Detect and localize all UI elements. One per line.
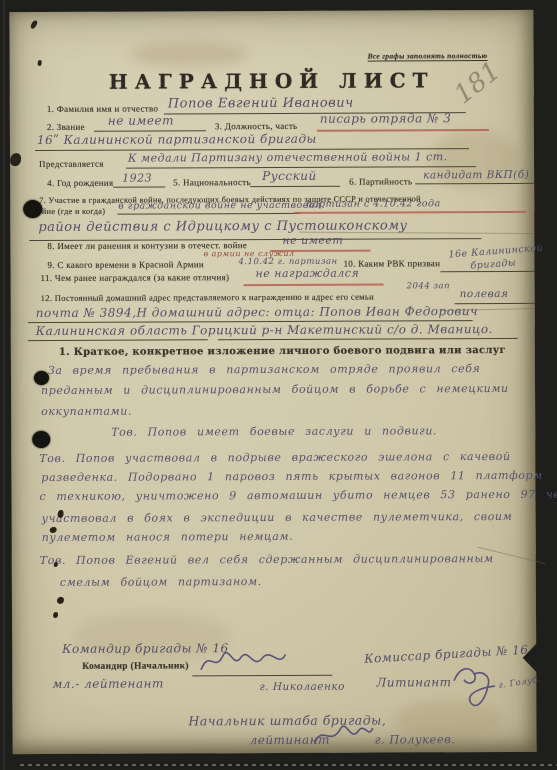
commissar-handwritten-title: Комиссар бригады № 16 [364,643,529,666]
merit-line: разведенка. Подорвано 1 паровоз пять кры… [41,469,543,484]
field-5-label: 5. Национальность [173,177,251,187]
commissar-name: г. Голуб. [498,675,542,691]
field-12-note: 2044 зап [407,281,451,291]
underline [250,186,340,187]
field-1-label: 1. Фамилия имя и отчество [47,103,159,113]
award-sheet-paper: Все графы заполнять полностью НАГРАДНОЙ … [9,10,536,754]
field-12-value-line1: полевая [460,288,509,300]
underline [28,339,208,341]
tear-spot [53,612,58,618]
field-7-value1: в гражданской войне не участвовал. [118,200,325,212]
field-6-value: кандидат ВКП(б) [423,169,529,181]
merit-line: оккупантами. [41,405,132,418]
field-11-value: не награждался [255,267,359,280]
ink-blot [10,153,21,166]
field-9-label: 9. С какого времени в Красной Армии [47,259,204,270]
document-scan: Все графы заполнять полностью НАГРАДНОЙ … [0,0,557,770]
paper-mark [30,19,38,29]
field-3-label: 3. Должность, часть [215,121,298,131]
underline [441,271,535,272]
field-9-value: 4.10.42 г. партизан [238,257,337,267]
commander-rank: мл.- лейтенант [52,676,164,690]
merit-line: Тов. Попов участвовал в подрыве вражеско… [39,450,510,465]
commissar-signature-scrawl [450,662,498,714]
field-3-value: писарь отряда № 3 [320,111,452,126]
merit-line: преданным и дисциплинированным бойцом в … [41,382,509,397]
punch-hole [34,371,49,385]
field-3-value-line2: 16ʺ Калининской партизанской бригады [37,132,317,147]
fill-all-fields-note: Все графы заполнять полностью [368,51,488,62]
merit-line: За время пребывания в партизанском отряд… [48,362,481,377]
merit-line: смелым бойцом партизаном. [60,575,262,589]
field-7-label-line2: войне (где и когда) [33,207,105,216]
underline [113,186,165,187]
field-4-label: 4. Год рождения [47,178,113,188]
page-number-pencil: 181 [449,56,507,110]
field-12-value-line2: почта № 3894,Н домашний адрес: отца: Поп… [36,304,478,320]
field-7-value3: район действия с Идрицкому с Пустошконск… [38,218,407,235]
field-11-label: 11. Чем ранее награждался (за какие отли… [41,272,230,283]
field-2-value: не имеет [108,113,174,127]
field-12-value-line3: Калининская область Горицкий р-н Макетин… [36,322,493,338]
scan-edge-line [3,0,5,770]
field-12-label: 12. Постоянный домашний адрес представля… [41,292,374,303]
chief-signature-scrawl [312,719,374,751]
commissar-rank: Литинант [376,675,451,689]
field-8-value: не имеет [282,234,343,247]
commander-name: г. Николаенко [259,681,345,693]
field-6-label: 6. Партийность [349,176,412,186]
section-1-heading: 1. Краткое, конкретное изложение личного… [59,345,506,358]
field-10-value-line2: бригады [470,257,516,271]
commander-signature-scrawl [197,643,287,677]
field-2-label: 2. Звание [47,122,85,132]
field-7-value2: партизан с 4.10.42 года [306,198,440,210]
merit-line: участвовал в боях в экспедиции в качеств… [42,510,513,525]
commander-typed-label: Командир (Начальник) [82,661,189,671]
presented-for-label: Представляется [39,159,104,169]
field-4-value: 1923 [122,172,152,185]
tear-spot [57,597,64,604]
presented-for-value: К медали Партизану отечественной войны 1… [128,150,448,164]
underline [117,213,300,215]
merit-line: Тов. Попов имеет боевые заслуги и подвиг… [111,424,437,438]
merit-line: пулеметом нанося потери немцам. [42,530,294,544]
red-underline [244,284,384,287]
next-page-edge [20,764,557,766]
punch-hole [32,431,50,448]
chief-of-staff-name: г. Полукеев. [375,732,456,746]
paper-mark [38,60,42,66]
merit-line: с техникою, уничтожено 9 автомашин убито… [39,488,557,503]
red-underline [294,211,526,214]
underline [218,338,518,340]
paper-stain [130,41,250,68]
field-1-value: Попов Евгений Иванович [168,96,354,112]
punch-hole [23,200,42,218]
merit-line: Тов. Попов Евгений вел себя сдержанным д… [40,552,494,567]
field-5-value: Русский [262,169,317,183]
